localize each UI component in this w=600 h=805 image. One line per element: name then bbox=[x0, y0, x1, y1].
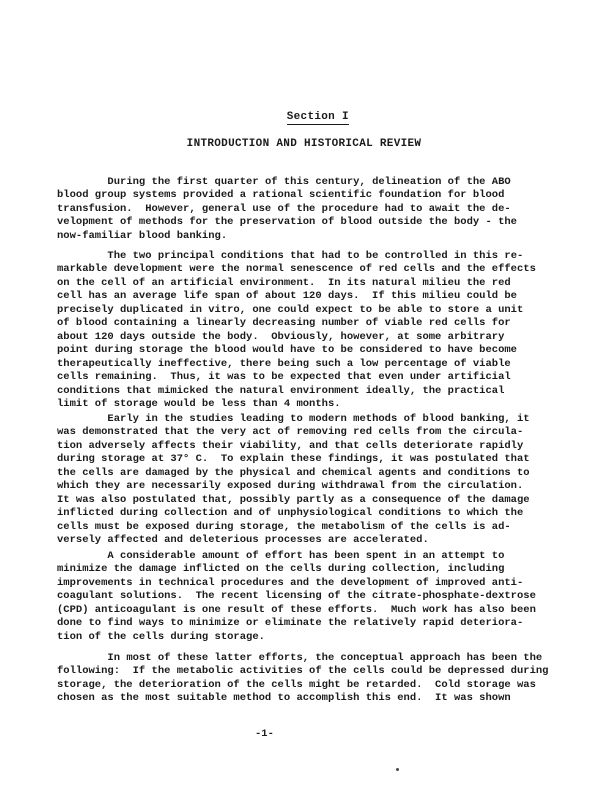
paragraph-1: During the first quarter of this century… bbox=[57, 176, 562, 243]
section-heading: Section I bbox=[57, 99, 551, 135]
document-page: Section I INTRODUCTION AND HISTORICAL RE… bbox=[0, 0, 600, 805]
section-heading-text: Section I bbox=[287, 111, 349, 125]
ink-speck bbox=[396, 768, 399, 771]
page-number: -1- bbox=[255, 728, 274, 740]
paragraph-2: The two principal conditions that had to… bbox=[57, 250, 562, 411]
paragraph-5: In most of these latter efforts, the con… bbox=[57, 652, 562, 706]
paragraph-3: Early in the studies leading to modern m… bbox=[57, 413, 562, 548]
document-title: INTRODUCTION AND HISTORICAL REVIEW bbox=[57, 138, 551, 150]
paragraph-4: A considerable amount of effort has been… bbox=[57, 550, 562, 644]
